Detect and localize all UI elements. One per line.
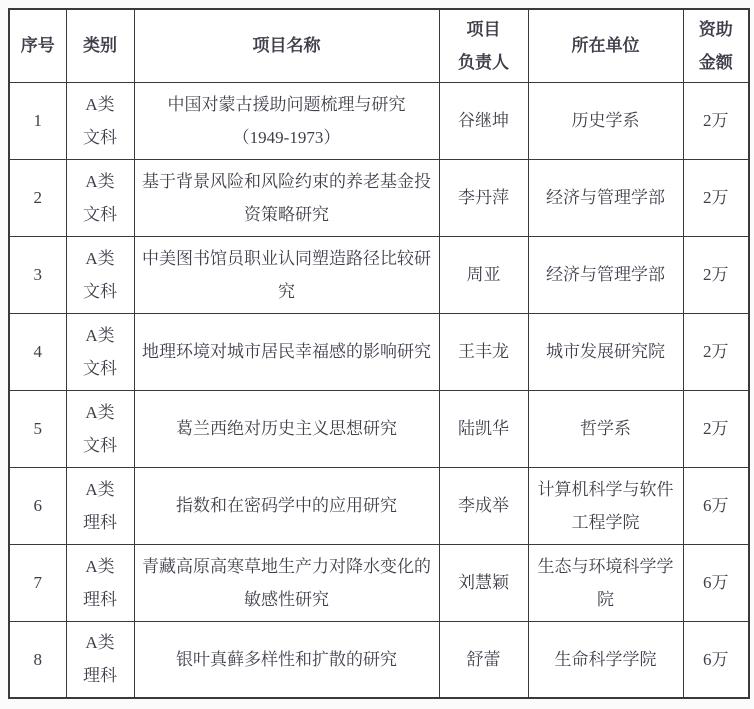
cell-unit-line: 院	[531, 583, 681, 616]
cell-title: 指数和在密码学中的应用研究	[134, 467, 439, 544]
cell-title-line: （1949-1973）	[137, 121, 437, 154]
cell-category: A类理科	[66, 544, 134, 621]
header-cell-index: 序号	[9, 9, 66, 82]
cell-title: 银叶真藓多样性和扩散的研究	[134, 621, 439, 698]
cell-title: 基于背景风险和风险约束的养老基金投资策略研究	[134, 159, 439, 236]
cell-title-line: 基于背景风险和风险约束的养老基金投	[137, 165, 437, 198]
cell-index: 7	[9, 544, 66, 621]
cell-category-line: A类	[69, 550, 132, 583]
cell-unit-line: 哲学系	[531, 412, 681, 445]
cell-index: 3	[9, 236, 66, 313]
cell-title: 青藏高原高寒草地生产力对降水变化的敏感性研究	[134, 544, 439, 621]
cell-leader: 李丹萍	[439, 159, 528, 236]
cell-unit-line: 计算机科学与软件	[531, 473, 681, 506]
header-label-line: 资助	[686, 13, 747, 46]
cell-index-line: 1	[12, 104, 64, 137]
cell-unit-line: 经济与管理学部	[531, 258, 681, 291]
cell-index: 5	[9, 390, 66, 467]
funding-table: 序号类别项目名称项目负责人所在单位资助金额 1A类文科中国对蒙古援助问题梳理与研…	[8, 8, 750, 699]
cell-title-line: 中国对蒙古援助问题梳理与研究	[137, 88, 437, 121]
cell-category: A类理科	[66, 621, 134, 698]
cell-category-line: A类	[69, 242, 132, 275]
cell-unit: 城市发展研究院	[528, 313, 683, 390]
cell-category: A类文科	[66, 159, 134, 236]
table-header: 序号类别项目名称项目负责人所在单位资助金额	[9, 9, 749, 82]
cell-index-line: 4	[12, 335, 64, 368]
cell-index-line: 6	[12, 489, 64, 522]
cell-index-line: 3	[12, 258, 64, 291]
cell-leader-line: 周亚	[442, 258, 526, 291]
cell-amount: 6万	[683, 544, 749, 621]
cell-leader-line: 谷继坤	[442, 104, 526, 137]
cell-amount-line: 2万	[686, 412, 747, 445]
cell-leader: 舒蕾	[439, 621, 528, 698]
cell-category-line: 文科	[69, 275, 132, 308]
table-row: 5A类文科葛兰西绝对历史主义思想研究陆凯华哲学系2万	[9, 390, 749, 467]
cell-index-line: 8	[12, 643, 64, 676]
cell-amount: 2万	[683, 390, 749, 467]
header-row: 序号类别项目名称项目负责人所在单位资助金额	[9, 9, 749, 82]
page: { "colors": { "page_background": "#fbfbf…	[0, 0, 754, 709]
cell-index: 6	[9, 467, 66, 544]
cell-unit: 历史学系	[528, 82, 683, 159]
cell-amount: 2万	[683, 159, 749, 236]
header-label-line: 类别	[69, 29, 132, 62]
header-label-line: 序号	[12, 29, 64, 62]
table-body: 1A类文科中国对蒙古援助问题梳理与研究（1949-1973）谷继坤历史学系2万2…	[9, 82, 749, 698]
cell-amount-line: 2万	[686, 181, 747, 214]
cell-category-line: A类	[69, 396, 132, 429]
cell-title-line: 中美图书馆员职业认同塑造路径比较研	[137, 242, 437, 275]
cell-index: 2	[9, 159, 66, 236]
header-label-line: 项目名称	[137, 29, 437, 62]
cell-amount-line: 6万	[686, 643, 747, 676]
cell-leader: 谷继坤	[439, 82, 528, 159]
cell-title-line: 究	[137, 275, 437, 308]
header-label-line: 项目	[442, 13, 526, 46]
cell-amount-line: 2万	[686, 104, 747, 137]
cell-index: 1	[9, 82, 66, 159]
cell-category-line: 文科	[69, 198, 132, 231]
cell-category-line: A类	[69, 626, 132, 659]
cell-title: 地理环境对城市居民幸福感的影响研究	[134, 313, 439, 390]
cell-category: A类文科	[66, 82, 134, 159]
cell-index: 4	[9, 313, 66, 390]
cell-index: 8	[9, 621, 66, 698]
header-cell-title: 项目名称	[134, 9, 439, 82]
cell-title: 中美图书馆员职业认同塑造路径比较研究	[134, 236, 439, 313]
table-row: 7A类理科青藏高原高寒草地生产力对降水变化的敏感性研究刘慧颖生态与环境科学学院6…	[9, 544, 749, 621]
table-row: 2A类文科基于背景风险和风险约束的养老基金投资策略研究李丹萍经济与管理学部2万	[9, 159, 749, 236]
cell-category-line: A类	[69, 88, 132, 121]
table-row: 8A类理科银叶真藓多样性和扩散的研究舒蕾生命科学学院6万	[9, 621, 749, 698]
cell-category-line: 理科	[69, 583, 132, 616]
cell-leader: 周亚	[439, 236, 528, 313]
cell-leader: 刘慧颖	[439, 544, 528, 621]
cell-unit-line: 经济与管理学部	[531, 181, 681, 214]
cell-index-line: 2	[12, 181, 64, 214]
cell-category-line: 理科	[69, 659, 132, 692]
header-cell-category: 类别	[66, 9, 134, 82]
cell-leader: 王丰龙	[439, 313, 528, 390]
cell-unit: 生态与环境科学学院	[528, 544, 683, 621]
cell-unit: 经济与管理学部	[528, 159, 683, 236]
cell-amount-line: 6万	[686, 489, 747, 522]
cell-title-line: 葛兰西绝对历史主义思想研究	[137, 412, 437, 445]
cell-amount: 2万	[683, 236, 749, 313]
cell-amount: 6万	[683, 621, 749, 698]
table-row: 4A类文科地理环境对城市居民幸福感的影响研究王丰龙城市发展研究院2万	[9, 313, 749, 390]
cell-category: A类文科	[66, 236, 134, 313]
cell-index-line: 5	[12, 412, 64, 445]
cell-title-line: 地理环境对城市居民幸福感的影响研究	[137, 335, 437, 368]
cell-category-line: A类	[69, 165, 132, 198]
cell-category-line: 理科	[69, 506, 132, 539]
cell-title-line: 敏感性研究	[137, 583, 437, 616]
cell-unit-line: 城市发展研究院	[531, 335, 681, 368]
cell-unit: 经济与管理学部	[528, 236, 683, 313]
cell-amount: 2万	[683, 313, 749, 390]
cell-leader-line: 王丰龙	[442, 335, 526, 368]
cell-unit-line: 生命科学学院	[531, 643, 681, 676]
cell-leader-line: 李丹萍	[442, 181, 526, 214]
cell-unit: 计算机科学与软件工程学院	[528, 467, 683, 544]
cell-unit-line: 历史学系	[531, 104, 681, 137]
cell-category-line: A类	[69, 473, 132, 506]
header-label-line: 所在单位	[531, 29, 681, 62]
cell-category-line: 文科	[69, 429, 132, 462]
cell-leader: 李成举	[439, 467, 528, 544]
cell-title-line: 青藏高原高寒草地生产力对降水变化的	[137, 550, 437, 583]
header-label-line: 负责人	[442, 46, 526, 79]
cell-leader-line: 刘慧颖	[442, 566, 526, 599]
cell-title-line: 资策略研究	[137, 198, 437, 231]
cell-amount-line: 6万	[686, 566, 747, 599]
cell-category-line: A类	[69, 319, 132, 352]
cell-leader: 陆凯华	[439, 390, 528, 467]
cell-unit: 哲学系	[528, 390, 683, 467]
cell-amount-line: 2万	[686, 258, 747, 291]
header-label-line: 金额	[686, 46, 747, 79]
cell-title-line: 银叶真藓多样性和扩散的研究	[137, 643, 437, 676]
table-row: 1A类文科中国对蒙古援助问题梳理与研究（1949-1973）谷继坤历史学系2万	[9, 82, 749, 159]
cell-leader-line: 陆凯华	[442, 412, 526, 445]
cell-category: A类文科	[66, 390, 134, 467]
cell-title-line: 指数和在密码学中的应用研究	[137, 489, 437, 522]
cell-title: 葛兰西绝对历史主义思想研究	[134, 390, 439, 467]
header-cell-amount: 资助金额	[683, 9, 749, 82]
table-row: 6A类理科指数和在密码学中的应用研究李成举计算机科学与软件工程学院6万	[9, 467, 749, 544]
cell-amount-line: 2万	[686, 335, 747, 368]
cell-leader-line: 舒蕾	[442, 643, 526, 676]
header-cell-leader: 项目负责人	[439, 9, 528, 82]
cell-category: A类文科	[66, 313, 134, 390]
cell-unit: 生命科学学院	[528, 621, 683, 698]
cell-unit-line: 工程学院	[531, 506, 681, 539]
cell-category: A类理科	[66, 467, 134, 544]
table-row: 3A类文科中美图书馆员职业认同塑造路径比较研究周亚经济与管理学部2万	[9, 236, 749, 313]
cell-category-line: 文科	[69, 352, 132, 385]
cell-leader-line: 李成举	[442, 489, 526, 522]
cell-category-line: 文科	[69, 121, 132, 154]
cell-unit-line: 生态与环境科学学	[531, 550, 681, 583]
cell-index-line: 7	[12, 566, 64, 599]
header-cell-unit: 所在单位	[528, 9, 683, 82]
cell-amount: 2万	[683, 82, 749, 159]
cell-amount: 6万	[683, 467, 749, 544]
cell-title: 中国对蒙古援助问题梳理与研究（1949-1973）	[134, 82, 439, 159]
